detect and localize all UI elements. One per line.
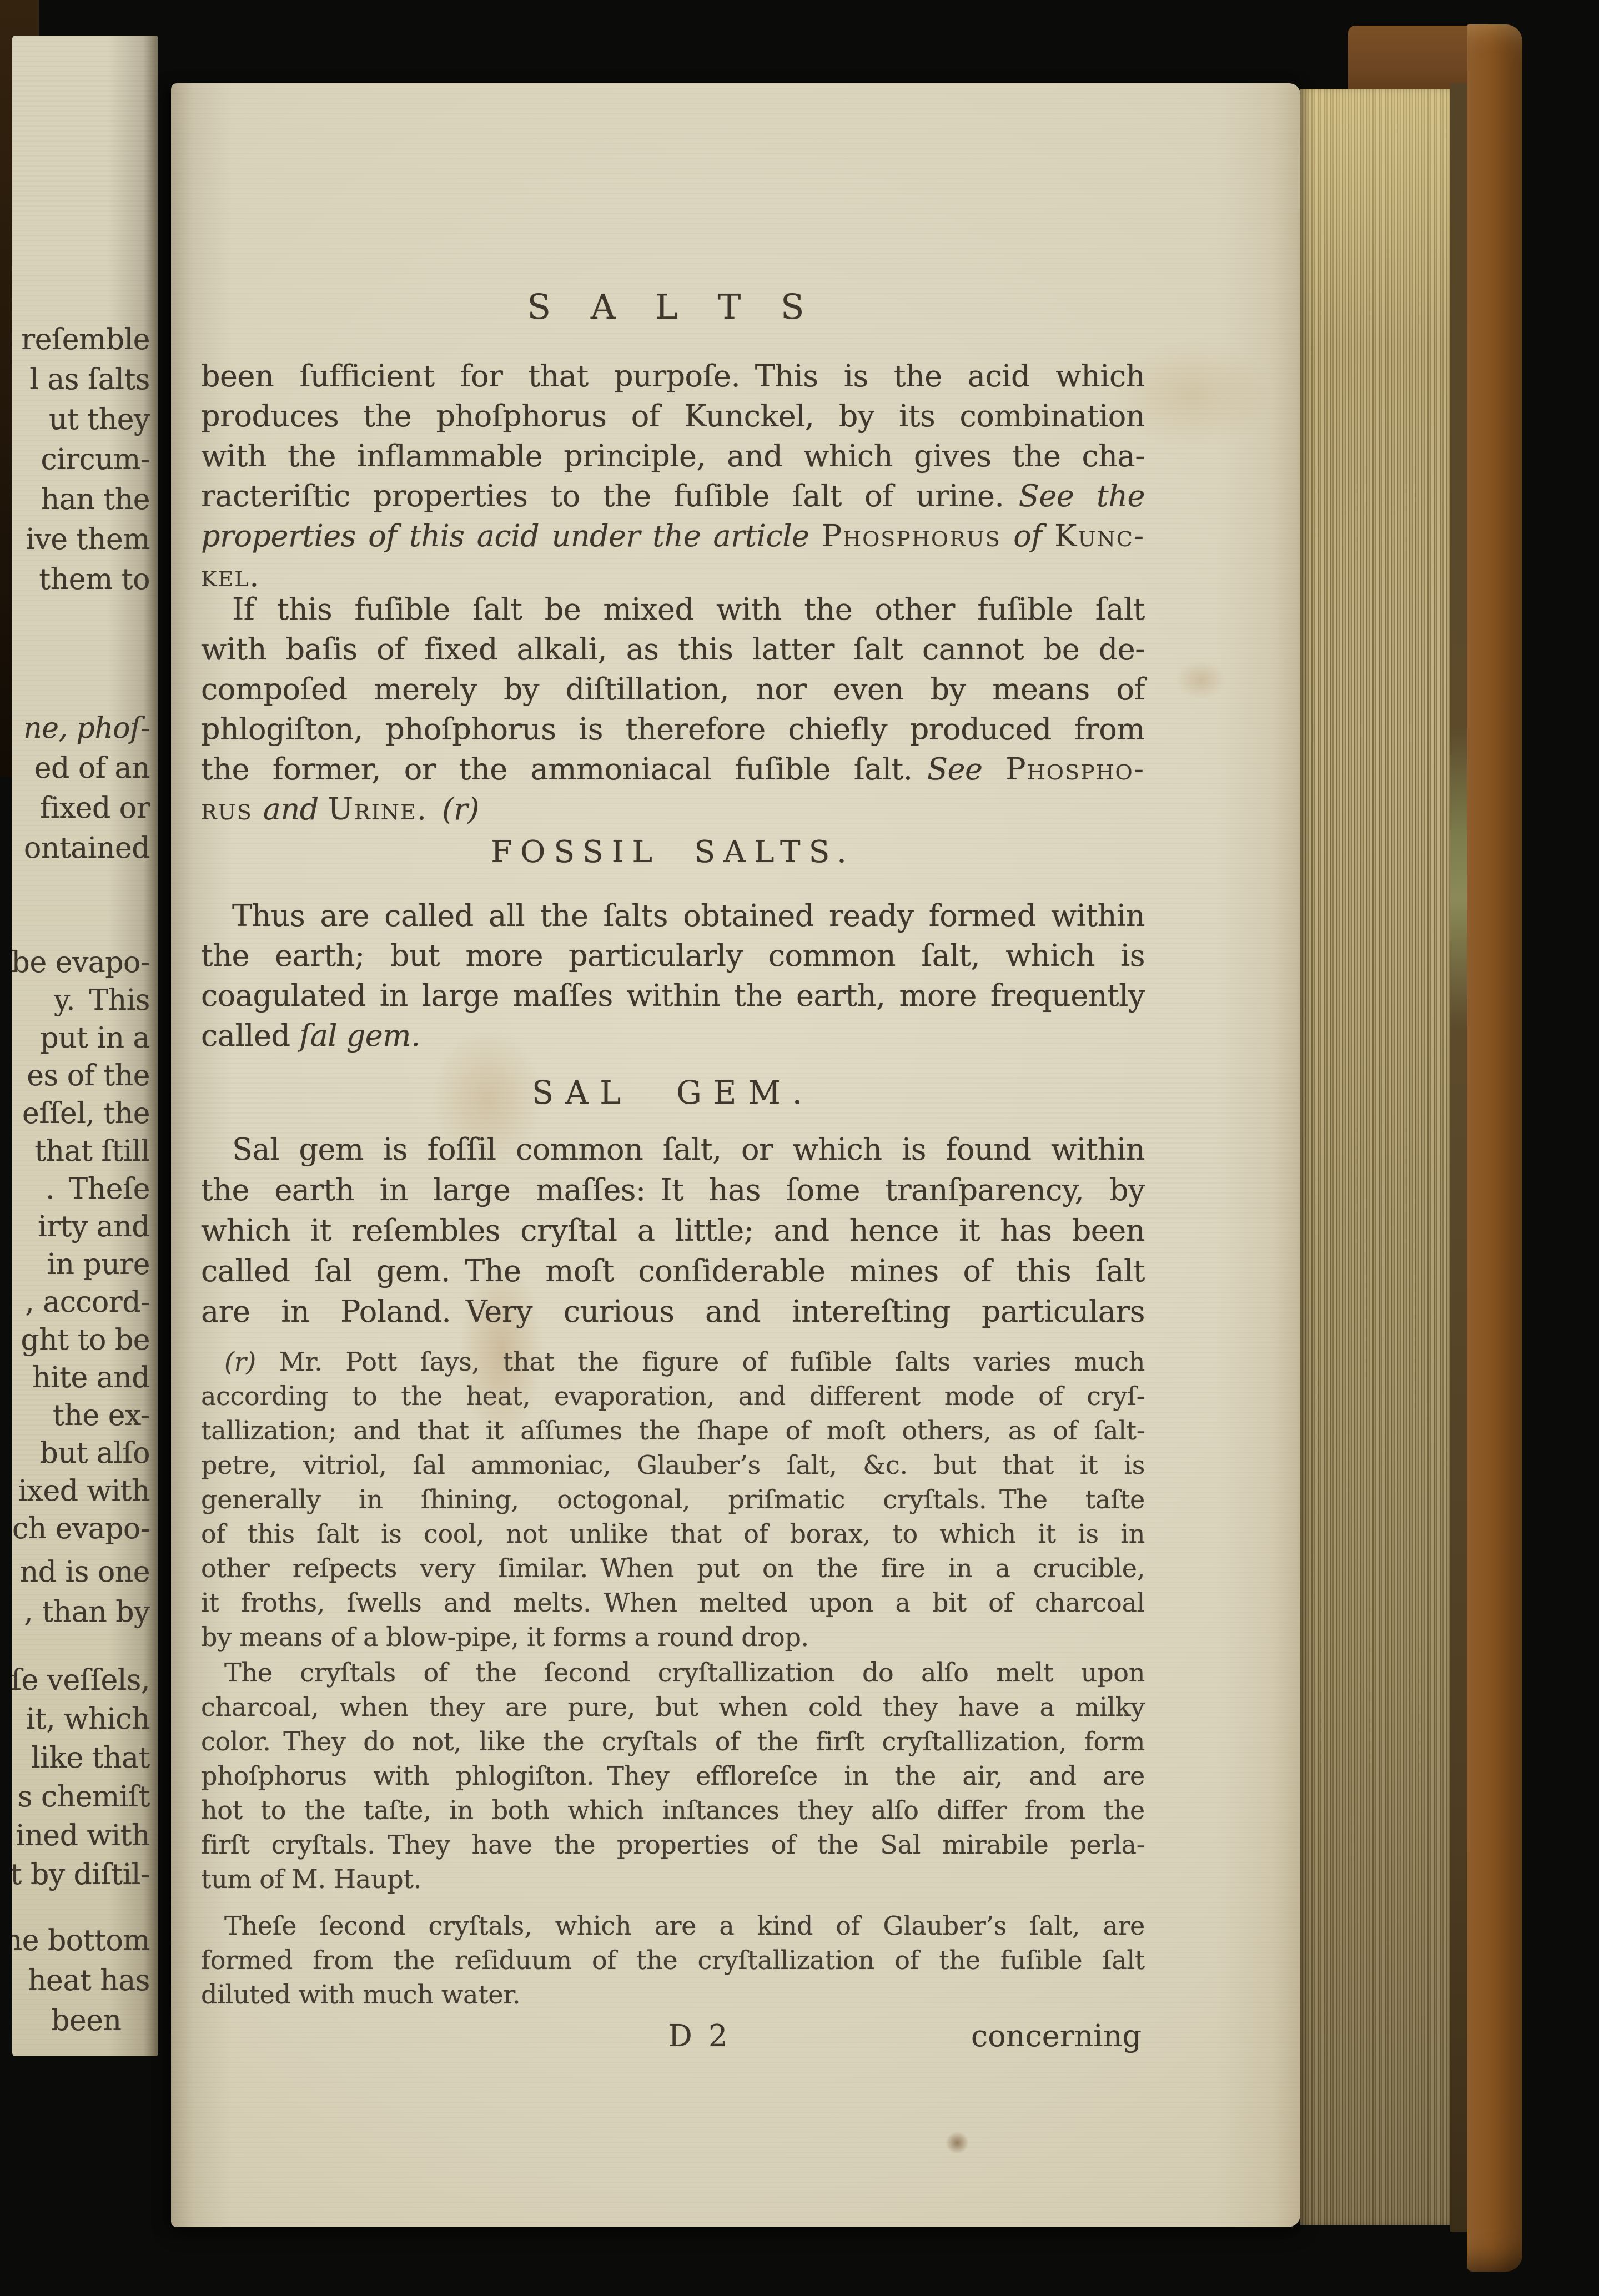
- text-line: reſemble: [12, 320, 150, 360]
- text-line: firſt cryſtals. They have the properties…: [201, 1827, 1145, 1862]
- text-line: hite and: [12, 1359, 150, 1397]
- text-line: produces the phoſphorus of Kunckel, by i…: [201, 396, 1145, 436]
- text-line: according to the heat, evaporation, and …: [201, 1379, 1145, 1413]
- text-line: racteriſtic properties to the fuſible ſa…: [201, 476, 1145, 516]
- text-line: eſſel, the: [12, 1095, 150, 1132]
- text-line: ed of an: [12, 748, 150, 788]
- book-photograph: reſemblel as ſaltsut theycircum-han thei…: [0, 0, 1599, 2296]
- running-title-text: S A L T S: [201, 286, 1145, 327]
- text-line: The cryſtals of the ſecond cryſtallizati…: [201, 1655, 1145, 1690]
- text-line: nd is one: [12, 1552, 150, 1592]
- text-line: color. They do not, like the cryſtals of…: [201, 1724, 1145, 1759]
- section-heading-fossil-salts: FOSSIL SALTS.: [201, 834, 1145, 869]
- text-line: , accord-: [12, 1283, 150, 1321]
- text-line: in pure: [12, 1246, 150, 1283]
- text-line: the earth in large maſſes: It has ſome t…: [201, 1170, 1145, 1210]
- text-line: put in a: [12, 1019, 150, 1057]
- text-line: it, which: [12, 1700, 150, 1739]
- text-line: charcoal, when they are pure, but when c…: [201, 1690, 1145, 1724]
- text-line: l as ſalts: [12, 360, 150, 400]
- text-line: like that: [12, 1739, 150, 1778]
- text-line: petre, vitriol, ſal ammoniac, Glauber’s …: [201, 1448, 1145, 1482]
- text-line: ght to be: [12, 1321, 150, 1359]
- text-line: hot to the taſte, in both which inſtance…: [201, 1793, 1145, 1827]
- text-line: compoſed merely by diſtillation, nor eve…: [201, 669, 1145, 709]
- text-line: which it reſembles cryſtal a little; and…: [201, 1210, 1145, 1251]
- text-line: phoſphorus with phlogiſton. They efflore…: [201, 1759, 1145, 1793]
- text-line: irty and: [12, 1208, 150, 1246]
- text-line: called ſal gem. The moſt conſiderable mi…: [201, 1251, 1145, 1291]
- text-line: generally in ſhining, octogonal, priſmat…: [201, 1482, 1145, 1517]
- text-line: ch evapo-: [12, 1510, 150, 1548]
- text-line: Theſe ſecond cryſtals, which are a kind …: [201, 1909, 1145, 1943]
- text-line: ne bottom: [12, 1921, 150, 1961]
- facing-page-text-fragment: ne bottomheat hasbeen: [12, 1921, 150, 2041]
- text-line: the earth; but more particularly common …: [201, 936, 1145, 976]
- text-line: ne, phoſ-: [12, 708, 150, 748]
- text-line: but alſo: [12, 1434, 150, 1472]
- text-line: y. This: [12, 981, 150, 1019]
- catchword: concerning: [971, 2018, 1142, 2053]
- text-column: S A L T S been ſufficient for that purpo…: [201, 83, 1145, 2227]
- text-line: es of the: [12, 1057, 150, 1095]
- paragraph-if-this: If this fuſible ſalt be mixed with the o…: [201, 590, 1145, 829]
- text-line: other reſpects very ſimilar. When put on…: [201, 1551, 1145, 1585]
- paragraph-sal-gem: Sal gem is foſſil common ſalt, or which …: [201, 1129, 1145, 1332]
- text-line: formed from the reſiduum of the cryſtall…: [201, 1943, 1145, 1977]
- facing-page-sliver: reſemblel as ſaltsut theycircum-han thei…: [12, 36, 158, 2056]
- text-line: heat has: [12, 1961, 150, 2001]
- text-line: properties of this acid under the articl…: [201, 516, 1145, 556]
- facing-page-text-fragment: reſemblel as ſaltsut theycircum-han thei…: [12, 320, 150, 600]
- footnote-r-part1: (r) Mr. Pott ſays, that the figure of fu…: [201, 1345, 1145, 1654]
- book-page: S A L T S been ſufficient for that purpo…: [171, 83, 1300, 2227]
- text-line: called ſal gem.: [201, 1016, 1145, 1056]
- text-line: with the inflammable principle, and whic…: [201, 436, 1145, 476]
- facing-page-text-fragment: ſe veſſels,it, whichlike thats chemiſtin…: [12, 1661, 150, 1894]
- text-line: If this fuſible ſalt be mixed with the o…: [201, 590, 1145, 630]
- footnote-r-part2: The cryſtals of the ſecond cryſtallizati…: [201, 1655, 1145, 1896]
- text-line: ut they: [12, 400, 150, 440]
- text-line: han the: [12, 480, 150, 520]
- text-line: ontained: [12, 828, 150, 868]
- text-line: of this ſalt is cool, not unlike that of…: [201, 1517, 1145, 1551]
- page-block-fore-edge: [1300, 89, 1454, 2225]
- text-line: coagulated in large maſſes within the ea…: [201, 976, 1145, 1016]
- text-line: ive them: [12, 520, 150, 560]
- text-line: by means of a blow-pipe, it forms a roun…: [201, 1620, 1145, 1654]
- text-line: ixed with: [12, 1472, 150, 1510]
- text-line: phlogiſton, phoſphorus is therefore chie…: [201, 709, 1145, 749]
- text-line: ſe veſſels,: [12, 1661, 150, 1700]
- facing-page-text-fragment: nd is one, than by: [12, 1552, 150, 1632]
- text-line: t by diſtil-: [12, 1855, 150, 1894]
- signature-mark: D 2: [668, 2018, 731, 2053]
- text-line: that ſtill: [12, 1132, 150, 1170]
- text-line: the ex-: [12, 1397, 150, 1434]
- text-line: been: [12, 2001, 150, 2041]
- text-line: . Theſe: [12, 1170, 150, 1208]
- text-line: tallization; and that it aſſumes the ſha…: [201, 1413, 1145, 1448]
- text-line: with baſis of fixed alkali, as this latt…: [201, 630, 1145, 669]
- footnote-r-part3: Theſe ſecond cryſtals, which are a kind …: [201, 1909, 1145, 2012]
- text-line: be evapo-: [12, 944, 150, 981]
- text-line: diluted with much water.: [201, 1977, 1145, 2012]
- text-line: Sal gem is foſſil common ſalt, or which …: [201, 1129, 1145, 1170]
- text-line: rus and Urine. (r): [201, 789, 1145, 829]
- text-line: ined with: [12, 1816, 150, 1855]
- facing-page-text-fragment: ne, phoſ-ed of anfixed orontained: [12, 708, 150, 868]
- running-title: S A L T S: [201, 286, 1145, 327]
- book-cover-spine: [1467, 24, 1522, 2272]
- section-heading-text: FOSSIL SALTS.: [201, 834, 1145, 869]
- text-line: tum of M. Haupt.: [201, 1862, 1145, 1896]
- text-line: been ſufficient for that purpoſe. This i…: [201, 356, 1145, 396]
- text-line: , than by: [12, 1592, 150, 1632]
- text-line: (r) Mr. Pott ſays, that the figure of fu…: [201, 1345, 1145, 1379]
- section-heading-text: SAL GEM.: [201, 1075, 1145, 1111]
- text-line: circum-: [12, 440, 150, 480]
- section-heading-sal-gem: SAL GEM.: [201, 1075, 1145, 1111]
- text-line: the former, or the ammoniacal fuſible ſa…: [201, 749, 1145, 789]
- text-line: fixed or: [12, 788, 150, 828]
- page-footer-line: D 2 concerning: [201, 2018, 1145, 2060]
- text-line: them to: [12, 560, 150, 600]
- text-line: Thus are called all the ſalts obtained r…: [201, 896, 1145, 936]
- paper-stain: [1176, 661, 1226, 699]
- paragraph-continuation: been ſufficient for that purpoſe. This i…: [201, 356, 1145, 596]
- text-line: are in Poland. Very curious and intereſt…: [201, 1291, 1145, 1332]
- paragraph-fossil-salts: Thus are called all the ſalts obtained r…: [201, 896, 1145, 1056]
- text-line: s chemiſt: [12, 1778, 150, 1816]
- facing-page-text-fragment: be evapo-y. Thisput in aes of theeſſel, …: [12, 944, 150, 1548]
- text-line: it froths, ſwells and melts. When melted…: [201, 1585, 1145, 1620]
